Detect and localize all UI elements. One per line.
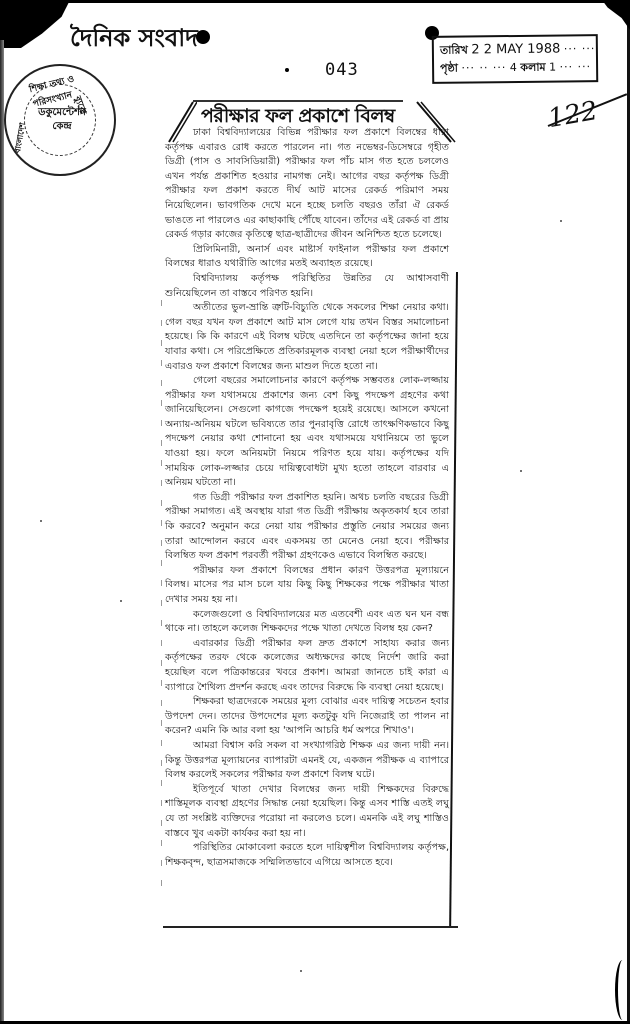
page-label: পৃষ্ঠা	[440, 62, 458, 75]
page-dots: ··· ·· ···	[461, 61, 506, 74]
date-row: তারিখ 2 2 MAY 1988 ··· ···	[440, 40, 590, 60]
article-paragraph: ঢাকা বিশ্ববিদ্যালয়ের বিভিন্ন পরীক্ষার ফ…	[165, 126, 449, 243]
newspaper-clipping: পরীক্ষার ফল প্রকাশে বিলম্ব ঢাকা বিশ্ববিদ…	[163, 100, 463, 928]
article-paragraph: পরীক্ষার ফল প্রকাশে বিলম্বের প্রধান কারণ…	[165, 564, 449, 608]
documentation-centre-stamp: শিক্ষা তথ্য ও পরিসংখ্যান ব্যুরো বাংলাদেশ…	[4, 64, 116, 176]
column-label: কলাম	[520, 61, 545, 74]
article-paragraph: বিশ্ববিদ্যালয় কর্তৃপক্ষ পরিস্থিতির উন্ন…	[165, 272, 449, 301]
article-body: ঢাকা বিশ্ববিদ্যালয়ের বিভিন্ন পরীক্ষার ফ…	[165, 126, 449, 870]
speck	[40, 520, 42, 522]
article-paragraph: এবারকার ডিগ্রী পরীক্ষার ফল দ্রুত প্রকাশে…	[165, 637, 449, 695]
article-paragraph: কলেজগুলো ও বিশ্ববিদ্যালয়ের মত এতবেশী এব…	[165, 608, 449, 637]
scan-edge-left	[0, 40, 4, 1024]
punch-hole-icon	[196, 30, 210, 44]
speck	[120, 600, 122, 602]
column-trailing-dots: ··· ···	[560, 60, 592, 73]
article-paragraph: ইতিপূর্বে খাতা দেখার বিলম্বের জন্য দায়ী…	[165, 783, 449, 841]
article-paragraph: গেলো বছরের সমালোচনার কারণে কর্তৃপক্ষ সম্…	[165, 374, 449, 491]
page-number: 043	[325, 60, 359, 80]
stamp-center-line1: ডকুমেন্টেশন	[20, 106, 104, 120]
speck	[560, 220, 562, 222]
speck	[520, 470, 522, 472]
stamp-center-text: ডকুমেন্টেশন কেন্দ্র	[20, 106, 104, 134]
date-stamp-box: তারিখ 2 2 MAY 1988 ··· ··· পৃষ্ঠা ··· ··…	[432, 34, 598, 84]
scan-page-curl-bottom	[615, 960, 630, 1020]
column-value: 1	[549, 61, 556, 74]
article-paragraph: আমরা বিশ্বাস করি সকল বা সংখ্যাগরিষ্ঠ শিক…	[165, 739, 449, 783]
scan-edge-top	[0, 0, 630, 3]
date-trailing-dots: ··· ···	[564, 42, 596, 55]
speck	[300, 970, 302, 972]
article-paragraph: শিক্ষকরা ছাত্রদেরকে সময়ের মূল্য বোঝার এ…	[165, 695, 449, 739]
clipping-bottom-border	[163, 926, 458, 928]
article-paragraph: পরিস্থিতির মোকাবেলা করতে হলে দায়িত্বশীল…	[165, 841, 449, 870]
scan-shadow-corner	[0, 0, 70, 48]
page-value: 4	[510, 61, 517, 74]
page-column-row: পৃষ্ঠা ··· ·· ··· 4 কলাম 1 ··· ···	[440, 58, 590, 78]
newspaper-masthead: দৈনিক সংবাদ	[70, 20, 198, 60]
scan-page-curl	[602, 0, 630, 30]
date-value: 2 2 MAY 1988	[471, 42, 560, 58]
speck	[285, 68, 289, 72]
article-paragraph: প্রিলিমিনারী, অনার্স এবং মাষ্টার্স ফাইনা…	[165, 243, 449, 272]
stamp-center-line2: কেন্দ্র	[20, 120, 104, 134]
date-label: তারিখ	[440, 43, 468, 56]
clipping-right-border	[449, 272, 458, 927]
article-paragraph: গত ডিগ্রী পরীক্ষার ফল প্রকাশিত হয়নি। অথ…	[165, 491, 449, 564]
article-paragraph: অতীতের ভুল-ভ্রান্তি ত্রুটি-বিচ্যুতি থেকে…	[165, 301, 449, 374]
clipping-left-border	[161, 300, 162, 900]
